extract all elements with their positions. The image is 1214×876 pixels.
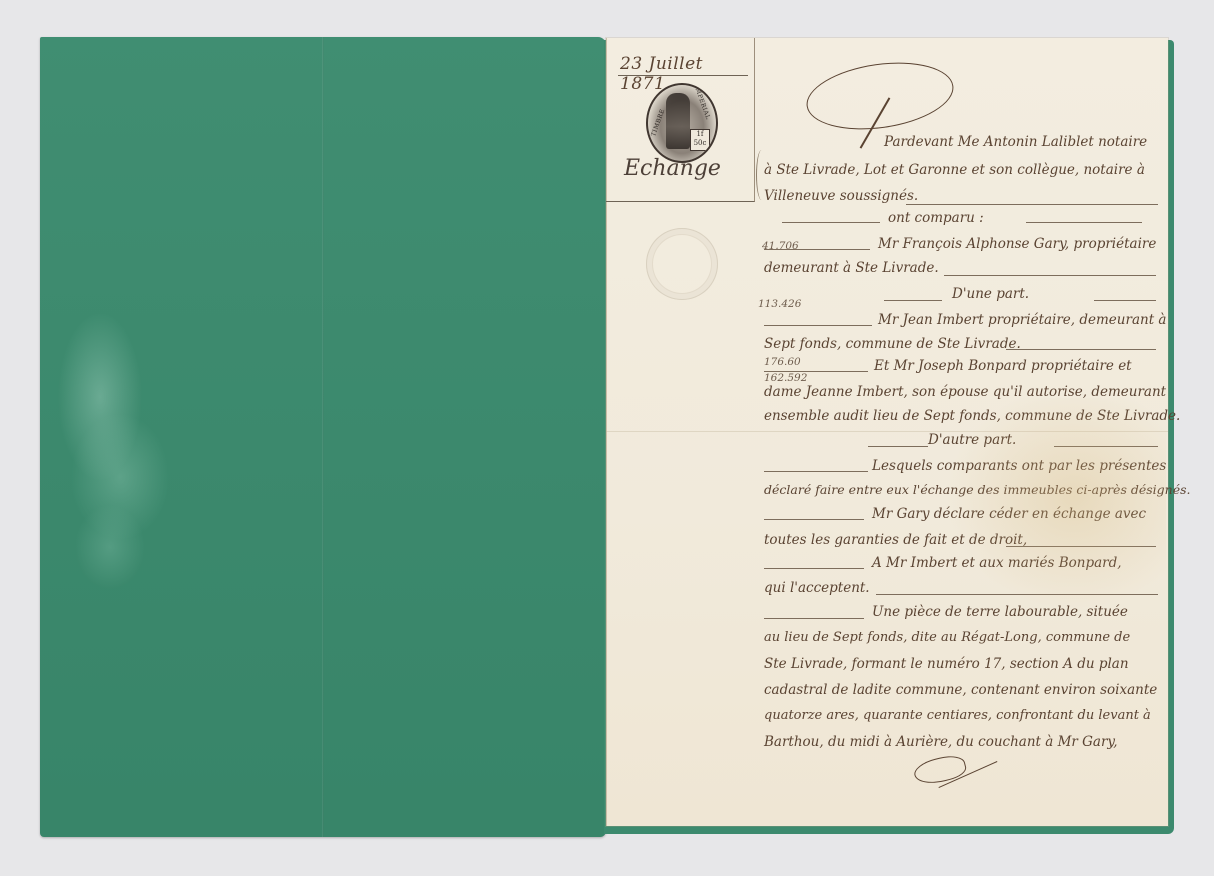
justice-figure-icon [666,93,690,149]
date-underline [618,75,748,76]
document-photo: 23 Juillet 1871 TIMBRE IMPERIAL 1f 50c E… [0,0,1214,876]
stamp-value: 1f 50c [690,129,710,151]
text-line: Sept fonds, commune de Ste Livrade. [764,336,1021,352]
text-rule [1006,546,1156,547]
tax-stamp-icon: TIMBRE IMPERIAL 1f 50c [646,83,718,163]
text-line: déclaré faire entre eux l'échange des im… [764,482,1190,497]
text-rule [764,371,868,372]
stamp-left-text: TIMBRE [650,108,666,137]
embossed-seal-icon [646,228,718,300]
cover-front-panel [324,37,606,837]
text-rule [764,568,864,569]
text-line: Mr François Alphonse Gary, propriétaire [878,236,1156,252]
text-line: dame Jeanne Imbert, son épouse qu'il aut… [764,384,1166,400]
text-rule [868,446,928,447]
text-rule [906,204,1158,205]
page-fold-line [606,431,1168,432]
text-line: ensemble audit lieu de Sept fonds, commu… [764,408,1180,424]
margin-title: Echange [624,156,721,181]
text-line: Et Mr Joseph Bonpard propriétaire et [874,358,1132,374]
text-line: D'autre part. [928,432,1016,448]
text-rule [1026,222,1142,223]
text-line: Mr Gary déclare céder en échange avec [872,506,1146,522]
green-cover [40,37,606,837]
margin-number: 162.592 [764,372,807,384]
text-line: D'une part. [952,286,1029,302]
text-rule [764,618,864,619]
margin-number: 176.60 [764,356,801,368]
text-line: qui l'acceptent. [764,580,870,596]
text-line: A Mr Imbert et aux mariés Bonpard, [872,555,1122,571]
text-rule [1054,446,1158,447]
text-rule [764,471,868,472]
text-rule [1006,349,1156,350]
text-line: toutes les garanties de fait et de droit… [764,532,1027,548]
text-line: Ste Livrade, formant le numéro 17, secti… [764,656,1129,672]
text-line: quatorze ares, quarante centiares, confr… [764,708,1151,723]
text-line: Lesquels comparants ont par les présente… [872,458,1166,474]
margin-header-box: 23 Juillet 1871 TIMBRE IMPERIAL 1f 50c E… [606,38,755,202]
text-line: cadastral de ladite commune, contenant e… [764,682,1157,698]
notarial-deed-page: 23 Juillet 1871 TIMBRE IMPERIAL 1f 50c E… [606,38,1168,826]
text-line: demeurant à Ste Livrade. [764,260,939,276]
flourish-p-icon [802,54,957,138]
text-line: au lieu de Sept fonds, dite au Régat-Lon… [764,630,1130,645]
cover-back-panel [40,37,322,837]
text-rule [764,519,864,520]
text-line: à Ste Livrade, Lot et Garonne et son col… [764,162,1145,178]
text-line: Mr Jean Imbert propriétaire, demeurant à [878,312,1166,328]
text-rule [1094,300,1156,301]
text-rule [944,275,1156,276]
text-rule [782,222,880,223]
initials-signature-icon [912,752,968,788]
text-rule [876,594,1158,595]
text-line: Pardevant Me Antonin Laliblet notaire [884,134,1147,150]
text-line: Barthou, du midi à Aurière, du couchant … [764,734,1118,750]
text-line: ont comparu : [888,210,984,226]
text-rule [764,249,870,250]
margin-number: 41.706 [762,240,799,252]
text-line: Une pièce de terre labourable, située [872,604,1128,620]
text-rule [764,325,872,326]
margin-number: 113.426 [758,298,801,310]
text-line: Villeneuve soussignés. [764,188,918,204]
text-rule [884,300,942,301]
